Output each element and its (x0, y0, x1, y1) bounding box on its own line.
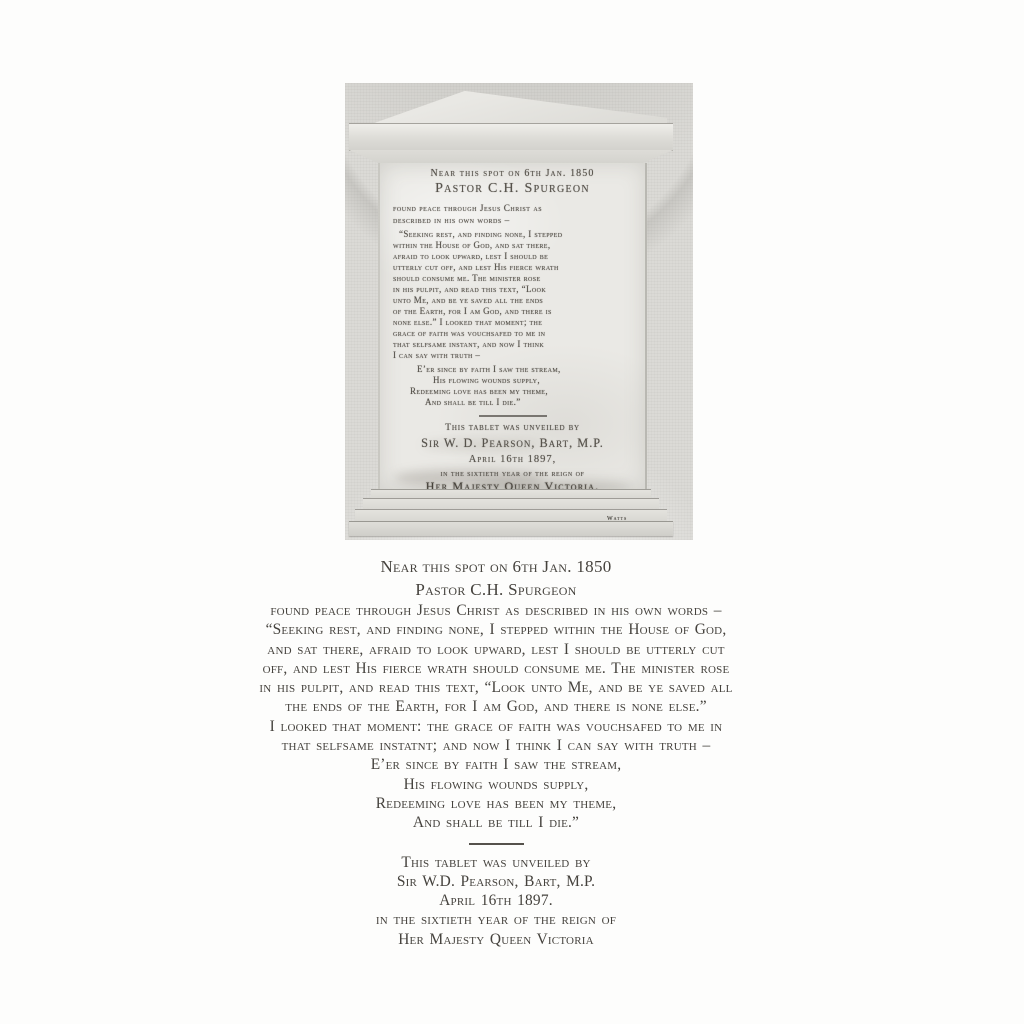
tablet-slab: Near this spot on 6th Jan. 1850 Pastor C… (378, 163, 647, 489)
inscription-heading-line: Pastor C.H. Spurgeon (393, 181, 632, 197)
tablet-cornice (349, 123, 673, 151)
inscription-footer-line: April 16th 1897, (393, 454, 632, 465)
inscription-line: unto Me, and be ye saved all the ends (393, 295, 632, 306)
inscription-line: I can say with truth – (393, 350, 632, 361)
inscription-line: none else.” I looked that moment; the (393, 317, 632, 328)
inscription-line: “Seeking rest, and finding none, I stepp… (393, 229, 632, 240)
tablet-base-plinth (349, 521, 673, 536)
inscription-line: found peace through Jesus Christ as (393, 203, 632, 215)
transcription-footer-line: This tablet was unveiled by (143, 853, 849, 872)
transcription-line: Redeeming love has been my theme, (143, 794, 849, 813)
inscription-line: should consume me. The minister rose (393, 273, 632, 284)
maker-signature: Watts (607, 516, 627, 522)
inscription-line: grace of faith was vouchsafed to me in (393, 328, 632, 339)
transcription-title-line: Pastor C.H. Spurgeon (143, 579, 849, 602)
transcription-line: E’er since by faith I saw the stream, (143, 755, 849, 774)
inscription-footer-line: Sir W. D. Pearson, Bart, M.P. (393, 436, 632, 451)
inscription-line: in his pulpit, and read this text, “Look (393, 284, 632, 295)
inscription-divider-rule (479, 415, 547, 417)
transcription-line: off, and lest His fierce wrath should co… (143, 659, 849, 678)
tablet-photograph: Near this spot on 6th Jan. 1850 Pastor C… (345, 83, 693, 540)
inscription-line: afraid to look upward, lest I should be (393, 251, 632, 262)
transcription-line: And shall be till I die.” (143, 813, 849, 832)
inscription-hymn-line: E’er since by faith I saw the stream, (393, 364, 632, 375)
inscription-footer-line: in the sixtieth year of the reign of (393, 468, 632, 478)
inscription-heading-line: Near this spot on 6th Jan. 1850 (393, 168, 632, 179)
transcription-footer-line: Sir W.D. Pearson, Bart, M.P. (143, 872, 849, 891)
transcription-divider-rule (469, 843, 524, 845)
transcription-line: and sat there, afraid to look upward, le… (143, 640, 849, 659)
transcription-title-line: Near this spot on 6th Jan. 1850 (143, 556, 849, 579)
transcription-footer-line: April 16th 1897. (143, 891, 849, 910)
inscription-line: utterly cut off, and lest His fierce wra… (393, 262, 632, 273)
inscription-hymn-line: And shall be till I die.” (393, 397, 632, 408)
transcription-footer-line: Her Majesty Queen Victoria (143, 930, 849, 949)
transcription-line: that selfsame instatnt; and now I think … (143, 736, 849, 755)
inscription-line: that selfsame instant, and now I think (393, 339, 632, 350)
transcription-line: His flowing wounds supply, (143, 775, 849, 794)
inscription-line: within the House of God, and sat there, (393, 240, 632, 251)
transcription-section: Near this spot on 6th Jan. 1850 Pastor C… (143, 556, 849, 949)
transcription-line: “Seeking rest, and finding none, I stepp… (143, 620, 849, 639)
transcription-line: the ends of the Earth, for I am God, and… (143, 697, 849, 716)
inscription-hymn-line: His flowing wounds supply, (393, 375, 632, 386)
transcription-line: in his pulpit, and read this text, “Look… (143, 678, 849, 697)
inscription-hymn-line: Redeeming love has been my theme, (393, 386, 632, 397)
inscription-line: described in his own words – (393, 215, 632, 227)
inscription-line: of the Earth, for I am God, and there is (393, 306, 632, 317)
transcription-line: I looked that moment: the grace of faith… (143, 717, 849, 736)
transcription-footer-line: in the sixtieth year of the reign of (143, 910, 849, 929)
transcription-line: found peace through Jesus Christ as desc… (143, 601, 849, 620)
tablet-bed-molding (349, 150, 673, 163)
inscription-footer-line: This tablet was unveiled by (393, 422, 632, 433)
tablet-inscription: Near this spot on 6th Jan. 1850 Pastor C… (380, 163, 645, 494)
